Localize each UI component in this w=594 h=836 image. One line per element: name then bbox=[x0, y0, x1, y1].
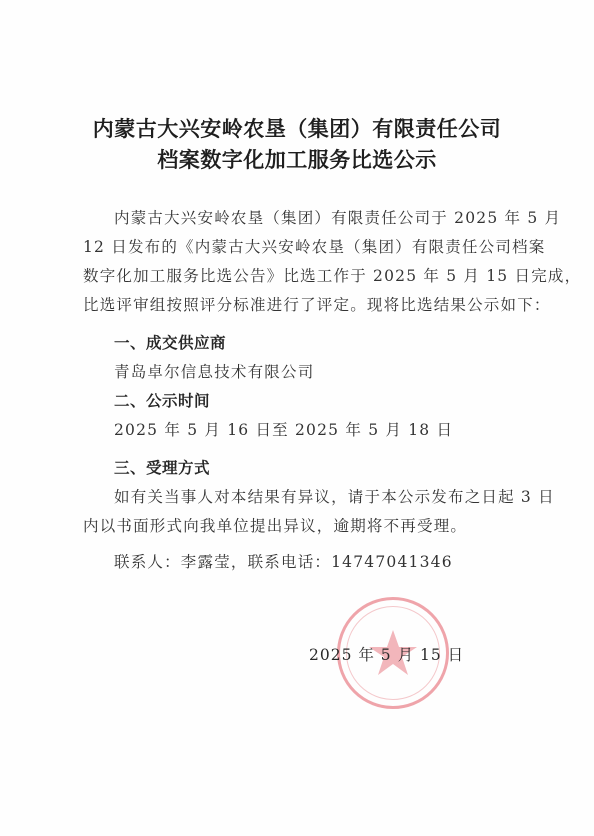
intro-line-1: 内蒙古大兴安岭农垦（集团）有限责任公司于 2025 年 5 月 bbox=[114, 206, 515, 228]
objection-line-2: 内以书面形式向我单位提出异议，逾期将不再受理。 bbox=[83, 514, 515, 536]
section-heading-objection: 三、受理方式 bbox=[114, 456, 210, 478]
section-heading-supplier: 一、成交供应商 bbox=[114, 331, 226, 353]
contact-info: 联系人：李露莹，联系电话：14747041346 bbox=[114, 550, 546, 572]
intro-line-2: 12 日发布的《内蒙古大兴安岭农垦（集团）有限责任公司档案 bbox=[83, 235, 515, 257]
intro-line-3: 数字化加工服务比选公告》比选工作于 2025 年 5 月 15 日完成， bbox=[83, 264, 515, 286]
supplier-name: 青岛卓尔信息技术有限公司 bbox=[114, 360, 546, 382]
document-title-line2: 档案数字化加工服务比选公示 bbox=[0, 144, 594, 174]
section-heading-period: 二、公示时间 bbox=[114, 389, 210, 411]
publicity-period: 2025 年 5 月 16 日至 2025 年 5 月 18 日 bbox=[114, 418, 546, 440]
document-title-line1: 内蒙古大兴安岭农垦（集团）有限责任公司 bbox=[0, 113, 594, 143]
intro-line-4: 比选评审组按照评分标准进行了评定。现将比选结果公示如下： bbox=[83, 293, 515, 315]
objection-line-1: 如有关当事人对本结果有异议，请于本公示发布之日起 3 日 bbox=[114, 485, 515, 507]
document-date: 2025 年 5 月 15 日 bbox=[309, 643, 464, 665]
